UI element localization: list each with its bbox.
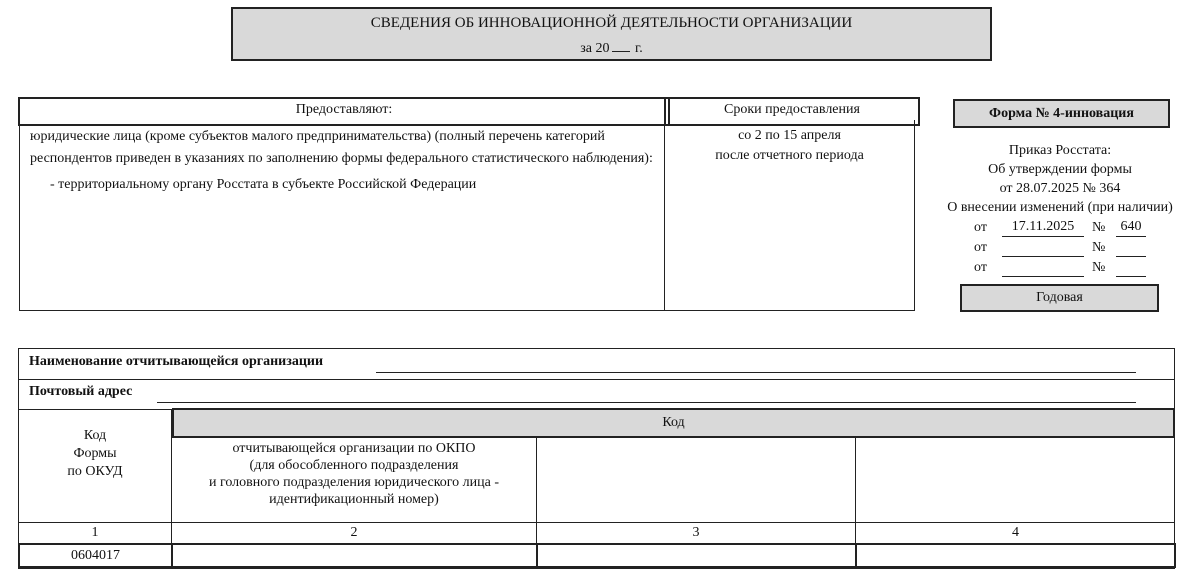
org-name-row: Наименование отчитывающейся организации xyxy=(19,349,1174,380)
year-prefix: за 20 xyxy=(580,41,609,56)
okpo-header-line: отчитывающейся организации по ОКПО xyxy=(172,440,536,457)
rosstat-order-block: Приказ Росстата: Об утверждении формы от… xyxy=(922,141,1198,277)
order-changes-heading: О внесении изменений (при наличии) xyxy=(922,198,1198,217)
order-heading: Приказ Росстата: xyxy=(922,141,1198,160)
okud-header-line: Код xyxy=(19,427,171,445)
column-number: 1 xyxy=(19,522,172,544)
report-title-box: СВЕДЕНИЯ ОБ ИННОВАЦИОННОЙ ДЕЯТЕЛЬНОСТИ О… xyxy=(231,7,992,61)
okpo-header-line: идентификационный номер) xyxy=(172,491,536,508)
change-row: от № xyxy=(922,257,1198,277)
change-date-field[interactable] xyxy=(1002,257,1084,277)
postal-address-input[interactable] xyxy=(157,402,1136,403)
report-title: СВЕДЕНИЯ ОБ ИННОВАЦИОННОЙ ДЕЯТЕЛЬНОСТИ О… xyxy=(233,15,990,32)
column-4-input[interactable] xyxy=(855,543,1176,568)
change-number-field[interactable]: 640 xyxy=(1116,217,1146,237)
okpo-header-line: и головного подразделения юридического л… xyxy=(172,474,536,491)
year-suffix: г. xyxy=(635,41,643,56)
okpo-header: отчитывающейся организации по ОКПО (для … xyxy=(172,438,537,522)
year-input[interactable] xyxy=(612,37,630,52)
from-label: от xyxy=(974,218,1002,237)
okud-code-value: 0604017 xyxy=(18,543,173,568)
column-number: 3 xyxy=(537,522,856,544)
deadline-line2: после отчетного периода xyxy=(665,146,914,166)
column-3-header xyxy=(537,438,856,522)
periodicity-badge: Годовая xyxy=(960,284,1159,312)
number-label: № xyxy=(1092,218,1112,237)
deadlines-cell: со 2 по 15 апреля после отчетного период… xyxy=(664,120,915,311)
number-label: № xyxy=(1092,238,1112,257)
submission-table: Предоставляют: Сроки предоставления юрид… xyxy=(18,97,916,311)
change-row: от № xyxy=(922,237,1198,257)
okpo-code-input[interactable] xyxy=(171,543,538,568)
change-number-field[interactable] xyxy=(1116,257,1146,277)
column-number: 2 xyxy=(172,522,537,544)
change-date-field[interactable]: 17.11.2025 xyxy=(1002,217,1084,237)
from-label: от xyxy=(974,258,1002,277)
who-submits-text: юридические лица (кроме субъектов малого… xyxy=(30,126,654,170)
order-approval: Об утверждении формы xyxy=(922,160,1198,179)
column-3-input[interactable] xyxy=(536,543,857,568)
okud-code-header: Код Формы по ОКУД xyxy=(19,410,172,522)
who-submits-cell: юридические лица (кроме субъектов малого… xyxy=(19,120,665,311)
from-label: от xyxy=(974,238,1002,257)
okud-header-line: по ОКУД xyxy=(19,463,171,481)
org-name-label: Наименование отчитывающейся организации xyxy=(29,354,323,370)
okud-header-line: Формы xyxy=(19,445,171,463)
code-group-header: Код xyxy=(172,408,1175,438)
column-number: 4 xyxy=(856,522,1175,544)
number-label: № xyxy=(1092,258,1112,277)
postal-address-label: Почтовый адрес xyxy=(29,384,132,400)
deadline-line1: со 2 по 15 апреля xyxy=(665,126,914,146)
form-number-badge: Форма № 4-инновация xyxy=(953,99,1170,128)
okpo-header-line: (для обособленного подразделения xyxy=(172,457,536,474)
organization-table: Наименование отчитывающейся организации … xyxy=(18,348,1175,569)
change-date-field[interactable] xyxy=(1002,237,1084,257)
report-year-line: за 20 г. xyxy=(233,37,990,57)
column-4-header xyxy=(856,438,1175,522)
postal-address-row: Почтовый адрес xyxy=(19,379,1174,410)
change-row: от 17.11.2025 № 640 xyxy=(922,217,1198,237)
who-submits-recipient: - территориальному органу Росстата в суб… xyxy=(30,174,654,196)
change-number-field[interactable] xyxy=(1116,237,1146,257)
order-approval-date: от 28.07.2025 № 364 xyxy=(922,179,1198,198)
org-name-input[interactable] xyxy=(376,372,1136,373)
